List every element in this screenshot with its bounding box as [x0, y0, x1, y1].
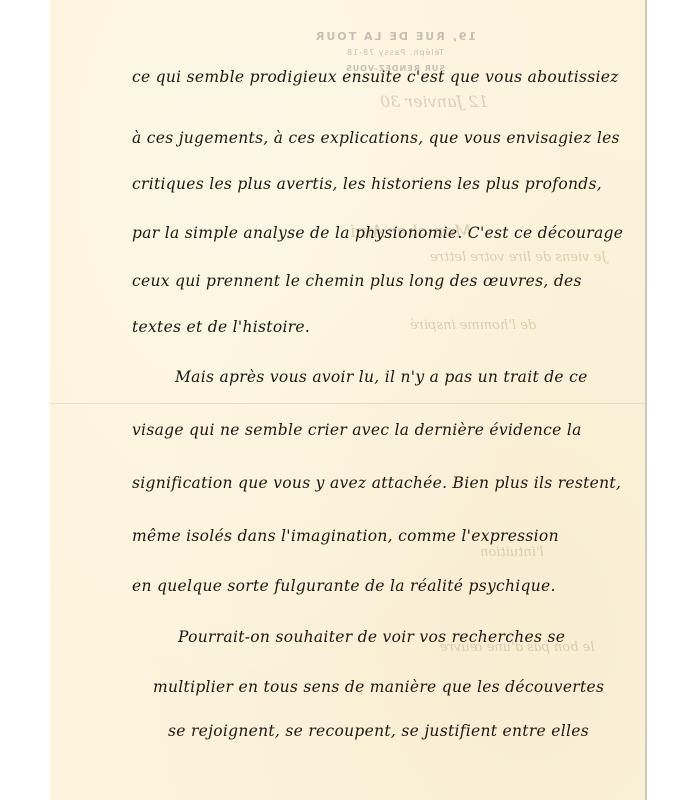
letter-line: multiplier en tous sens de manière que l… — [153, 678, 604, 696]
letterhead-mirrored: 19, RUE DE LA TOUR Téléph. Passy 78-18 S… — [290, 30, 500, 73]
letter-line: à ces jugements, à ces explications, que… — [132, 129, 620, 147]
show-through-fragment: l'intuition — [480, 545, 544, 560]
letter-line: signification que vous y avez attachée. … — [132, 474, 621, 492]
letter-line: Pourrait-on souhaiter de voir vos recher… — [178, 628, 565, 646]
letter-line: critiques les plus avertis, les historie… — [132, 175, 602, 193]
letter-line: Mais après vous avoir lu, il n'y a pas u… — [175, 368, 588, 386]
paper-fold-line — [50, 403, 645, 404]
letter-line: en quelque sorte fulgurante de la réalit… — [132, 577, 556, 595]
letterhead-address: 19, RUE DE LA TOUR — [290, 30, 500, 43]
letter-line: même isolés dans l'imagination, comme l'… — [132, 527, 559, 545]
letter-line: par la simple analyse de la physionomie.… — [132, 224, 623, 242]
letterhead-telephone: Téléph. Passy 78-18 — [290, 48, 500, 57]
show-through-fragment: Je viens de lire votre lettre — [430, 250, 607, 265]
show-through-fragment: de l'homme inspiré — [410, 318, 536, 333]
letter-line: ceux qui prennent le chemin plus long de… — [132, 272, 582, 290]
show-through-date: 12 Janvier 30 — [380, 92, 488, 111]
letter-line: se rejoignent, se recoupent, se justifie… — [168, 722, 589, 740]
letter-line: visage qui ne semble crier avec la derni… — [132, 421, 582, 439]
letter-line: ce qui semble prodigieux ensuite c'est q… — [132, 68, 619, 86]
letter-line: textes et de l'histoire. — [132, 318, 310, 336]
letter-page: 19, RUE DE LA TOUR Téléph. Passy 78-18 S… — [50, 0, 647, 800]
